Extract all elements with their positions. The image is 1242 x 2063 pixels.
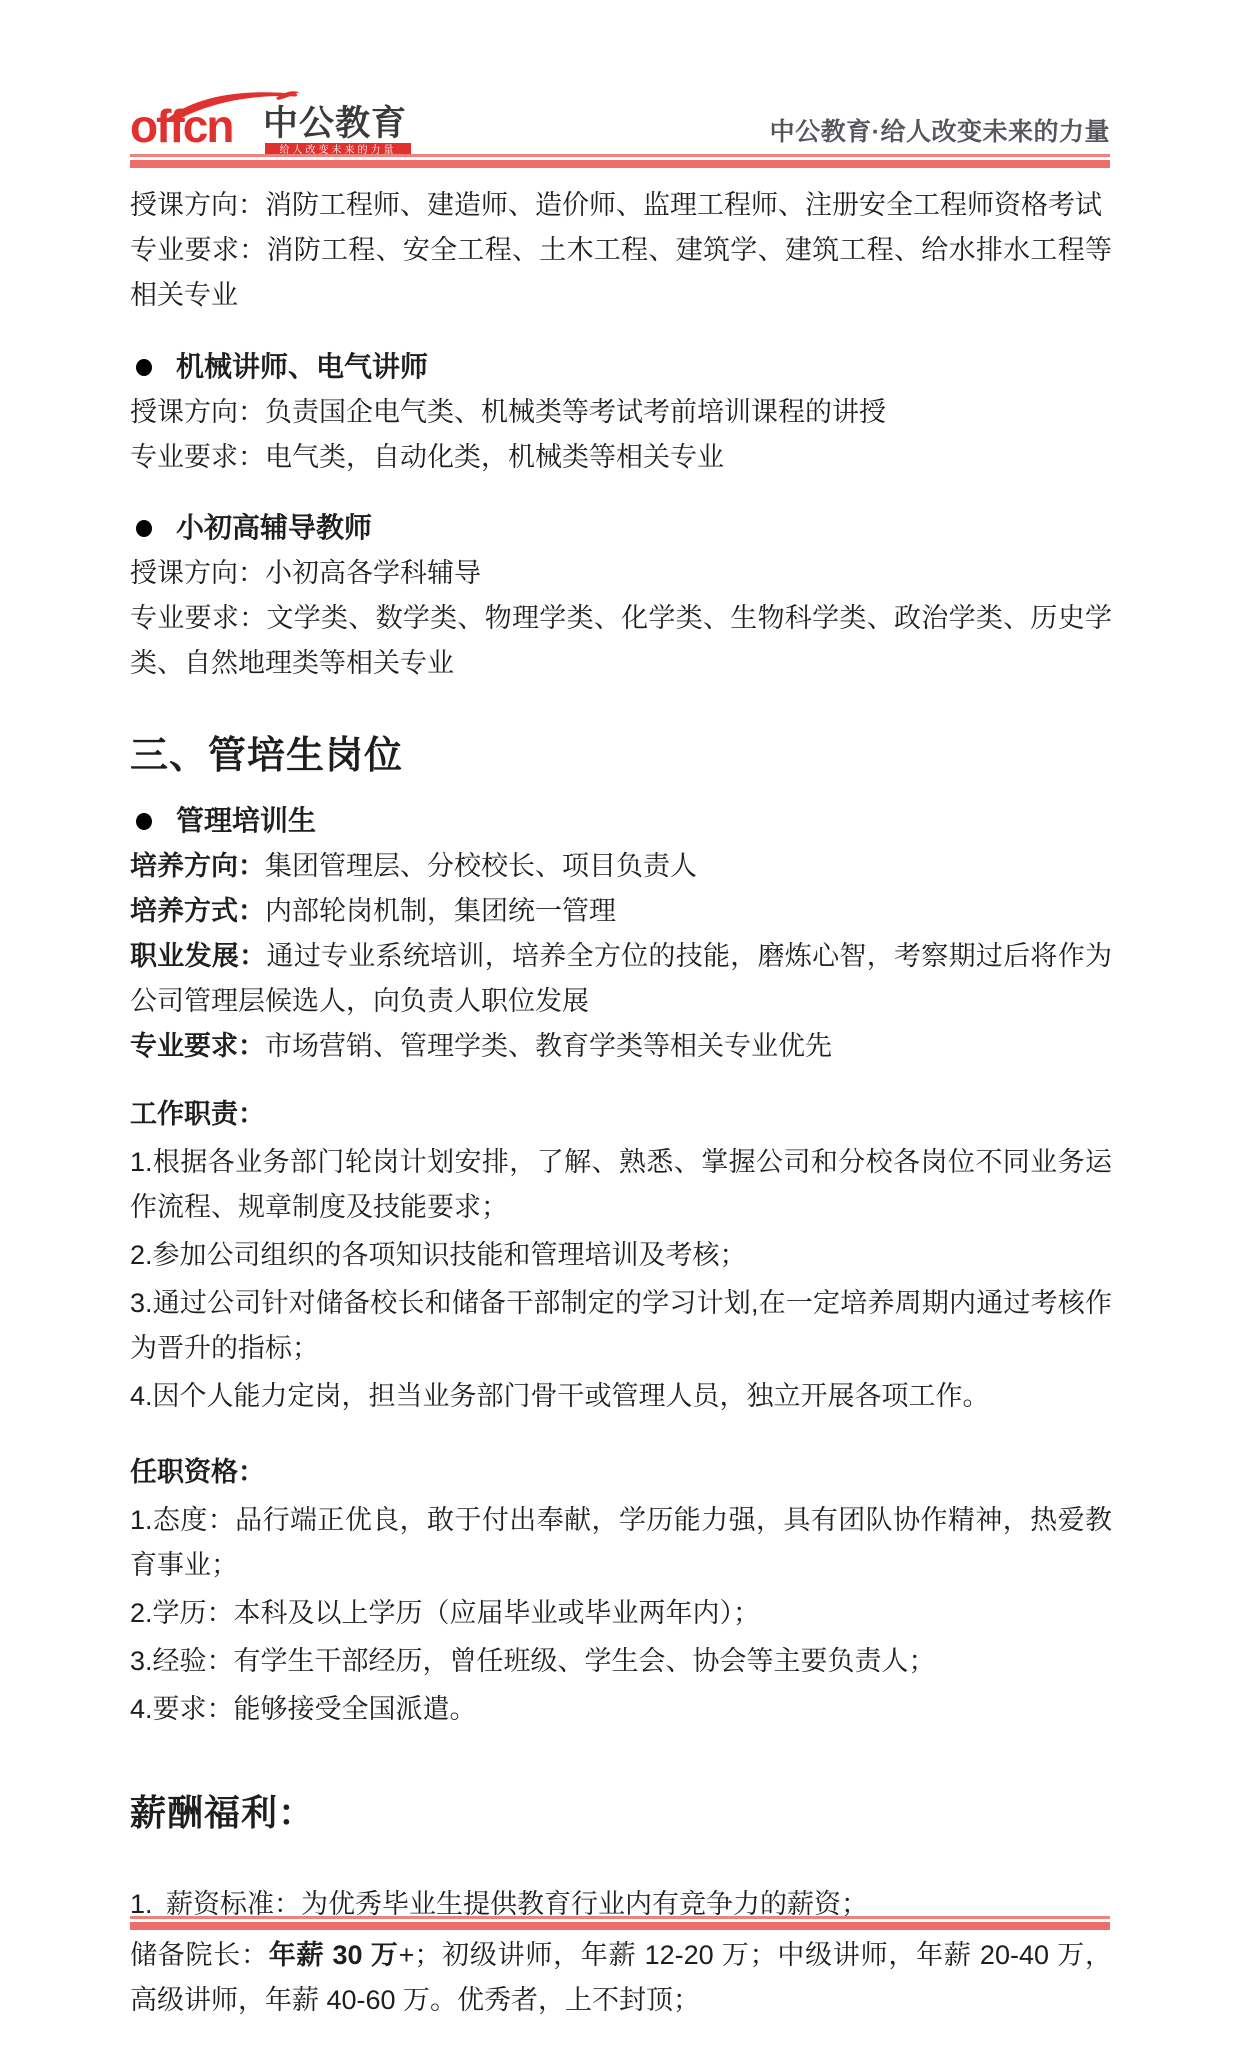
duty-item-1: 1.根据各业务部门轮岗计划安排，了解、熟悉、掌握公司和分校各岗位不同业务运作流程… — [130, 1140, 1112, 1230]
management-trainee-title-text: 管理培训生 — [176, 798, 316, 844]
mechanical-teach-line: 授课方向：负责国企电气类、机械类等考试考前培训课程的讲授 — [130, 390, 1112, 435]
major-requirement-label: 专业要求： — [130, 1031, 265, 1061]
brand-name: 中公教育 — [263, 106, 407, 142]
header-tagline: 中公教育·给人改变未来的力量 — [770, 112, 1110, 148]
footer-rule — [130, 1916, 1110, 1930]
mechanical-major-line: 专业要求：电气类，自动化类，机械类等相关专业 — [130, 435, 1112, 480]
training-direction-text: 集团管理层、分校校长、项目负责人 — [265, 851, 697, 881]
qualification-item-1: 1.态度：品行端正优良，敢于付出奉献，学历能力强，具有团队协作精神，热爱教育事业… — [130, 1498, 1112, 1588]
duties-title: 工作职责： — [130, 1091, 1112, 1137]
qualification-item-3: 3.经验：有学生干部经历，曾任班级、学生会、协会等主要负责人； — [130, 1639, 1112, 1684]
mechanical-lecturer-title: 机械讲师、电气讲师 — [130, 344, 1112, 390]
training-method-line: 培养方式：内部轮岗机制，集团统一管理 — [130, 889, 1112, 934]
duty-item-4: 4.因个人能力定岗，担当业务部门骨干或管理人员，独立开展各项工作。 — [130, 1374, 1112, 1419]
document-page: offcn 中公教育 给人改变未来的力量 中公教育·给人改变未来的力量 授课方向… — [0, 0, 1242, 2063]
k12-major-line: 专业要求：文学类、数学类、物理学类、化学类、生物科学类、政治学类、历史学类、自然… — [130, 596, 1112, 686]
k12-teacher-title-text: 小初高辅导教师 — [176, 505, 372, 551]
qualification-item-4: 4.要求：能够接受全国派遣。 — [130, 1687, 1112, 1732]
offcn-wordmark: offcn — [130, 104, 232, 148]
training-direction-label: 培养方向： — [130, 851, 265, 881]
document-body: 授课方向：消防工程师、建造师、造价师、监理工程师、注册安全工程师资格考试 专业要… — [130, 183, 1112, 2023]
training-method-text: 内部轮岗机制，集团统一管理 — [265, 896, 616, 926]
duty-item-2: 2.参加公司组织的各项知识技能和管理培训及考核； — [130, 1233, 1112, 1278]
mechanical-lecturer-title-text: 机械讲师、电气讲师 — [176, 344, 428, 390]
page-header: offcn 中公教育 给人改变未来的力量 中公教育·给人改变未来的力量 — [0, 0, 1242, 170]
qualifications-title: 任职资格： — [130, 1449, 1112, 1495]
major-requirement-line: 专业要求：市场营销、管理学类、教育学类等相关专业优先 — [130, 1024, 1112, 1069]
bullet-icon — [136, 520, 152, 537]
major-requirement-text: 市场营销、管理学类、教育学类等相关专业优先 — [265, 1031, 832, 1061]
training-direction-line: 培养方向：集团管理层、分校校长、项目负责人 — [130, 844, 1112, 889]
management-section-heading: 三、管培生岗位 — [130, 730, 1112, 782]
management-trainee-title: 管理培训生 — [130, 798, 1112, 844]
qualifications-list: 1.态度：品行端正优良，敢于付出奉献，学历能力强，具有团队协作精神，热爱教育事业… — [130, 1498, 1112, 1732]
fire-major-line: 专业要求：消防工程、安全工程、土木工程、建筑学、建筑工程、给水排水工程等相关专业 — [130, 228, 1112, 318]
k12-teach-line: 授课方向：小初高各学科辅导 — [130, 551, 1112, 596]
duties-list: 1.根据各业务部门轮岗计划安排，了解、熟悉、掌握公司和分校各岗位不同业务运作流程… — [130, 1140, 1112, 1419]
page-number: 4 — [0, 1938, 1242, 1966]
training-method-label: 培养方式： — [130, 896, 265, 926]
career-development-label: 职业发展： — [130, 941, 266, 971]
career-development-line: 职业发展：通过专业系统培训，培养全方位的技能，磨炼心智，考察期过后将作为公司管理… — [130, 934, 1112, 1024]
header-rule — [130, 154, 1110, 168]
header-rule-thick — [130, 160, 1110, 168]
fire-teach-line: 授课方向：消防工程师、建造师、造价师、监理工程师、注册安全工程师资格考试 — [130, 183, 1112, 228]
career-development-text: 通过专业系统培训，培养全方位的技能，磨炼心智，考察期过后将作为公司管理层候选人，… — [130, 941, 1112, 1016]
bullet-icon — [136, 359, 152, 376]
salary-section-heading: 薪酬福利： — [130, 1788, 1112, 1838]
footer-rule-thick — [130, 1922, 1110, 1930]
bullet-icon — [136, 813, 152, 830]
k12-teacher-title: 小初高辅导教师 — [130, 505, 1112, 551]
qualification-item-2: 2.学历：本科及以上学历（应届毕业或毕业两年内）； — [130, 1591, 1112, 1636]
salary-standard-text: 薪资标准：为优秀毕业生提供教育行业内有竞争力的薪资； — [166, 1889, 868, 1919]
duty-item-3: 3.通过公司针对储备校长和储备干部制定的学习计划,在一定培养周期内通过考核作为晋… — [130, 1281, 1112, 1371]
offcn-logo: offcn 中公教育 给人改变未来的力量 — [130, 88, 430, 158]
